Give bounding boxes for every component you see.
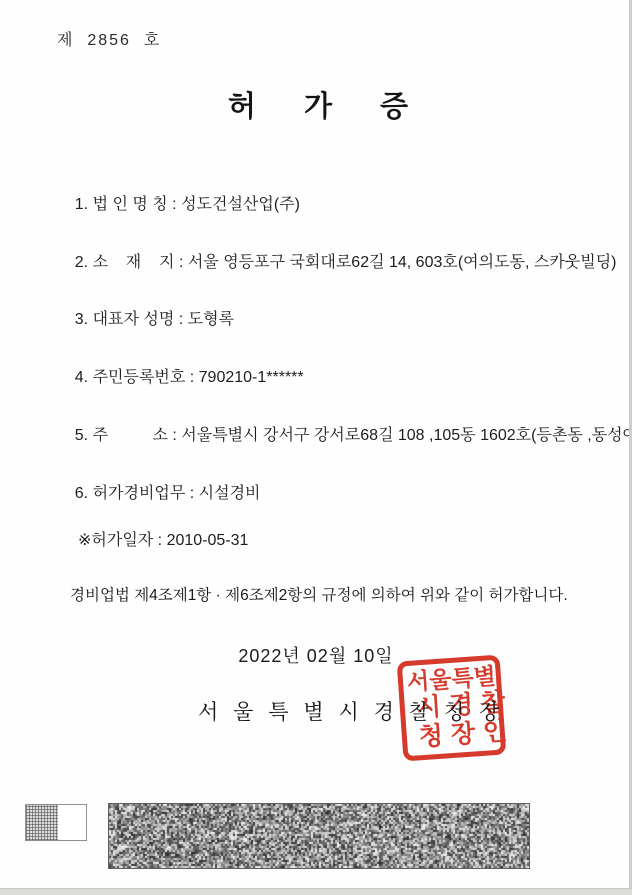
- field-corporate-name: 1. 법 인 명 칭 : 성도건설산업(주): [57, 173, 300, 232]
- certificate-title: 허 가 증: [0, 84, 632, 125]
- field-label: 5. 주 소 :: [75, 427, 182, 444]
- field-resident-number: 4. 주민등록번호 : 790210-1******: [57, 346, 304, 405]
- field-label: 1. 법 인 명 칭 :: [75, 196, 181, 213]
- field-label: 3. 대표자 성명 :: [75, 311, 188, 328]
- field-value: 시설경비: [199, 485, 261, 502]
- hatch-pattern: [26, 805, 58, 840]
- field-value: 790210-1******: [199, 369, 304, 386]
- issuer-name: 서 울 특 별 시 경 찰 청 장: [198, 696, 504, 726]
- field-value: 성도건설산업(주): [181, 196, 300, 213]
- scanned-permit-page: 제 2856 호 허 가 증 1. 법 인 명 칭 : 성도건설산업(주) 2.…: [0, 0, 632, 895]
- permit-date-note: ※허가일자 : 2010-05-31: [78, 527, 248, 550]
- issue-date: 2022년 02월 10일: [0, 642, 632, 668]
- field-label: 4. 주민등록번호 :: [75, 369, 199, 386]
- field-business-address: 2. 소 재 지 : 서울 영등포구 국회대로62길 14, 603호(여의도동…: [57, 231, 616, 290]
- field-value: 서울특별시 강서구 강서로68길 108 ,105동 1602호(등촌동 ,동성…: [181, 427, 632, 444]
- field-value: 서울 영등포구 국회대로62길 14, 603호(여의도동, 스카웃빌딩): [188, 254, 617, 271]
- field-representative-name: 3. 대표자 성명 : 도형록: [57, 288, 234, 347]
- reference-patch: [25, 804, 87, 841]
- field-home-address: 5. 주 소 : 서울특별시 강서구 강서로68길 108 ,105동 1602…: [57, 404, 632, 463]
- field-label: 6. 허가경비업무 :: [75, 485, 199, 502]
- field-label: 2. 소 재 지 :: [75, 254, 188, 271]
- field-permitted-business: 6. 허가경비업무 : 시설경비: [57, 462, 260, 521]
- regulation-text: 경비업법 제4조제1항 · 제6조제2항의 규정에 의하여 위와 같이 허가합니…: [70, 583, 568, 605]
- verification-noise-strip: [108, 803, 530, 869]
- doc-number: 제 2856 호: [57, 27, 161, 50]
- field-value: 도형록: [188, 311, 234, 328]
- scan-edge-bottom: [0, 888, 632, 895]
